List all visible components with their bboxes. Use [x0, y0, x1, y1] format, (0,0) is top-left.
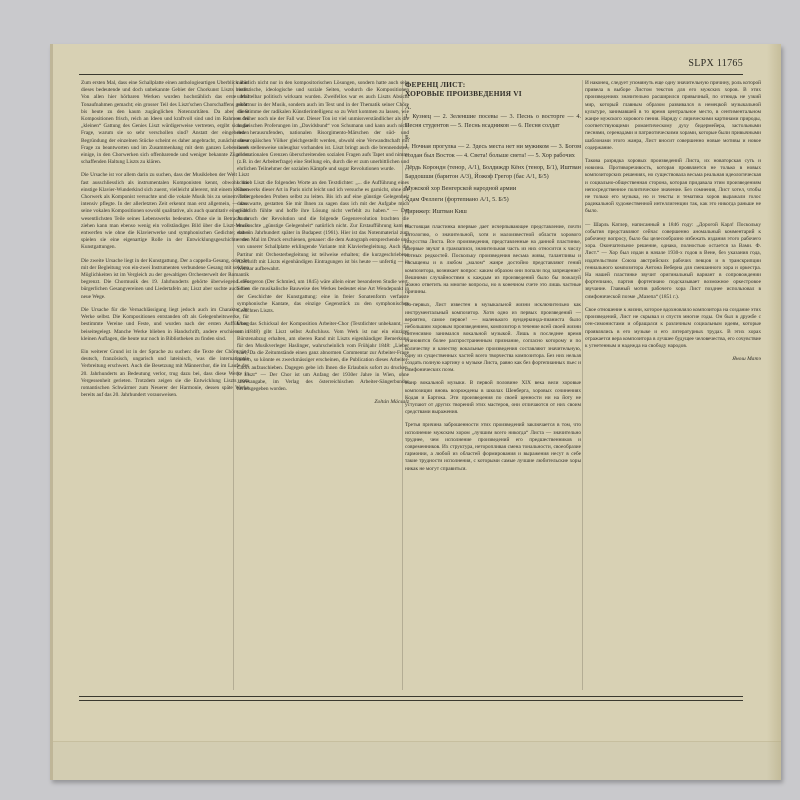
- bottom-rule: [79, 700, 743, 701]
- side-a-tracklist: 1. Кузнец — 2. Зеленшие посевы — 3. Песн…: [405, 113, 581, 130]
- paragraph: Ein weiterer Grund ist in der Sprache zu…: [81, 349, 249, 399]
- liner-notes-russian-part1: ФЕРЕНЦ ЛИСТ: ХОРОВЫЕ ПРОИЗВЕДЕНИЯ VI А. …: [405, 80, 581, 479]
- column-divider: [582, 80, 583, 690]
- paragraph: schrieb Liszt die folgenden Worte an den…: [237, 180, 409, 274]
- side-b-label: Б.: [405, 134, 581, 142]
- sleeve-bottom-edge: [53, 741, 781, 780]
- paragraph: natürlich nicht nur in den kompositorisc…: [237, 80, 409, 174]
- album-title: ФЕРЕНЦ ЛИСТ: ХОРОВЫЕ ПРОИЗВЕДЕНИЯ VI: [405, 80, 581, 98]
- paragraph: Die Ursache für die Vernachlässigung lie…: [81, 307, 249, 343]
- paragraph: Третья причина заброшенности этих произв…: [405, 422, 581, 472]
- paragraph: Такова разрядка хоровых произведений Лис…: [585, 158, 761, 216]
- bottom-rule: [79, 696, 743, 697]
- paragraph: Die Ursache ist vor allem darin zu suche…: [81, 172, 249, 251]
- paragraph: И наконец, следует упомянуть еще одну зн…: [585, 80, 761, 152]
- paragraph: Свое отношение к жизни, которое вдохновл…: [585, 307, 761, 350]
- side-a-label: А.: [405, 104, 581, 112]
- soloists-credit: Дёрдь Корондн (тенор, А/1), Болдиждр Кён…: [405, 164, 581, 181]
- paragraph: Настоящая пластинка впервые дает исчерпы…: [405, 224, 581, 296]
- side-b-tracklist: 1. Ночная прогулка — 2. Здесь места нет …: [405, 143, 581, 160]
- paragraph: Zum ersten Mal, dass eine Schallplatte e…: [81, 80, 249, 166]
- paragraph: жанр вокальной музыки. В первой половине…: [405, 380, 581, 416]
- paragraph: Die zweite Ursache liegt in der Kunstgat…: [81, 258, 249, 301]
- paragraph: Le Forgeron (Der Schmied, um 1845) wäre …: [237, 279, 409, 315]
- liner-notes-russian-part2: И наконец, следует упомянуть еще одну зн…: [585, 80, 761, 363]
- paragraph: Über das Schicksal der Komposition Arbei…: [237, 321, 409, 393]
- liner-notes-german-part1: Zum ersten Mal, dass eine Schallplatte e…: [81, 80, 249, 405]
- pianist-credit: Адам Феллеги (фортепиано А/1, 5. Б/5): [405, 196, 581, 205]
- record-sleeve-back: SLPX 11765 Zum ersten Mal, dass eine Sch…: [50, 44, 781, 780]
- conductor-credit: Дирижер: Иштван Киш: [405, 208, 581, 217]
- paragraph: — Шарль Катлер, написанный в 1846 году: …: [585, 222, 761, 301]
- choir-credit: Мужской хор Венгерской народной армии: [405, 185, 581, 194]
- catalog-number: SLPX 11765: [688, 58, 743, 69]
- top-rule: [79, 74, 743, 75]
- paragraph: Во-первых, Лист известен в музыкальной ж…: [405, 302, 581, 374]
- author-signature: Zoltán Mácsalz: [237, 399, 409, 406]
- liner-notes-german-part2: natürlich nicht nur in den kompositorisc…: [237, 80, 409, 407]
- author-signature: Янош Матэ: [585, 356, 761, 363]
